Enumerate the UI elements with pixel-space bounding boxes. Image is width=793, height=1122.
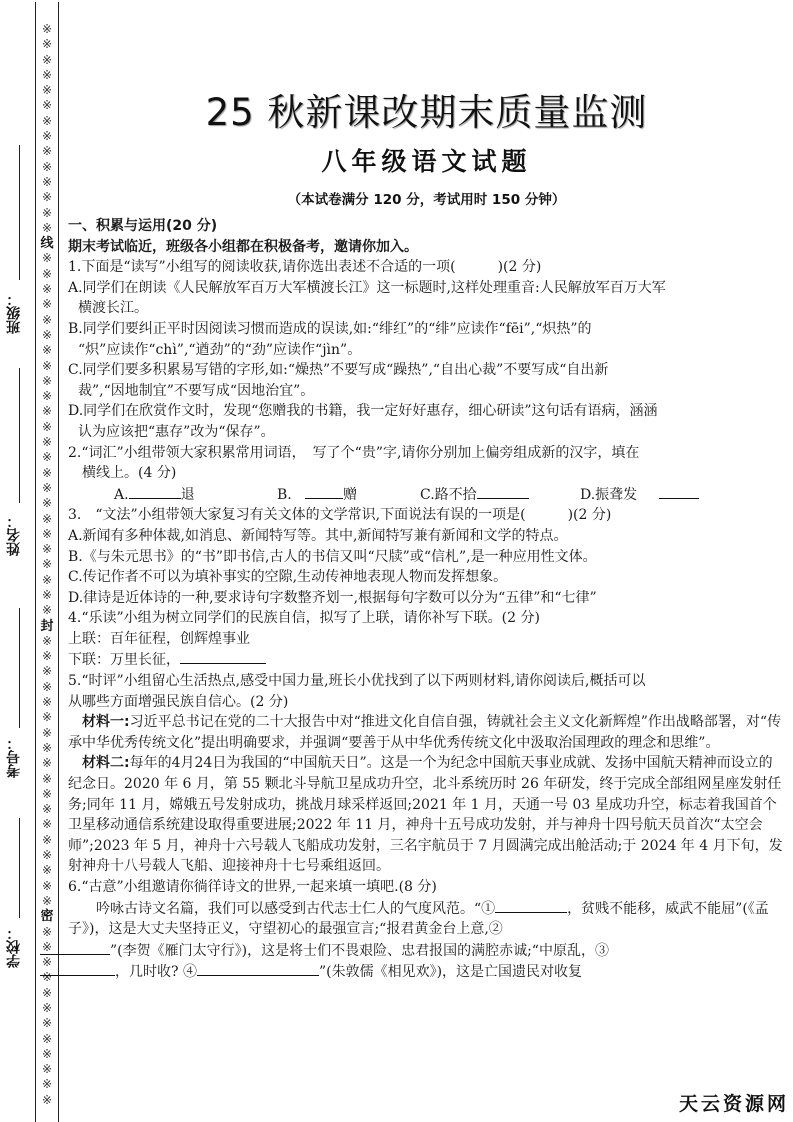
exam-subtitle: 八年级语文试题 bbox=[60, 142, 793, 178]
question-1: 1.下面是“读写”小组写的阅读收获,请你选出表述不合适的一项( )(2 分) A… bbox=[68, 257, 784, 442]
q1-option-a: A.同学们在朗读《人民解放军百万大军横渡长江》这一标题时,这样处理重音:人民解放… bbox=[68, 278, 784, 299]
seal-pattern-glyph: ※ bbox=[42, 282, 52, 297]
seal-pattern-glyph: ※ bbox=[42, 894, 52, 909]
q3-option-b: B.《与朱元思书》的“书”即书信,古人的书信又叫“尺牍”或“信札”,是一种应用性… bbox=[68, 547, 784, 568]
seal-pattern-glyph: ※ bbox=[42, 450, 52, 465]
seal-pattern-glyph: ※ bbox=[42, 695, 52, 710]
seal-pattern-glyph: ※ bbox=[42, 741, 52, 756]
seal-pattern-glyph: ※ bbox=[42, 1047, 52, 1062]
q1-option-d: D.同学们在欣赏作文时，发现“您赠我的书籍，我一定好好惠存，细心研读”这句话有语… bbox=[68, 401, 784, 422]
seal-pattern-glyph: ※ bbox=[42, 603, 52, 618]
question-2: 2.“词汇”小组带领大家积累常用词语， 写了个“贵”字,请你分别加上偏旁组成新的… bbox=[68, 443, 784, 506]
seal-pattern-glyph: ※ bbox=[42, 435, 52, 450]
q5-material-2: 材料二:每年的4月24日为我国的“中国航天日”。这是一个为纪念中国航天事业成就、… bbox=[68, 753, 784, 877]
q5-material-1: 材料一:习近平总书记在党的二十大报告中对“推进文化自信自强，铸就社会主义文化新辉… bbox=[68, 712, 784, 753]
q4-answer-blank[interactable] bbox=[180, 649, 266, 664]
q1-option-c: C.同学们要多积累易写错的字形,如:“燥热”不要写成“躁热”,“自出心裁”不要写… bbox=[68, 360, 784, 381]
exam-number-label: 考号： bbox=[4, 736, 30, 778]
seal-pattern-glyph: ※ bbox=[42, 404, 52, 419]
seal-pattern-glyph: ※ bbox=[42, 756, 52, 771]
q6-blank-1[interactable] bbox=[495, 898, 567, 913]
seal-pattern-glyph: ※ bbox=[42, 664, 52, 679]
q6-blank-4[interactable] bbox=[197, 961, 319, 976]
seal-pattern-glyph: ※ bbox=[42, 22, 52, 37]
seal-pattern-glyph: ※ bbox=[42, 98, 52, 113]
q6-stem: 6.“古意”小组邀请你徜徉诗文的世界,一起来填一填吧.(8 分) bbox=[68, 877, 784, 898]
q3-option-a: A.新闻有多种体裁,如消息、新闻特写等。其中,新闻特写兼有新闻和文学的特点。 bbox=[68, 526, 784, 547]
seal-pattern-glyph: ※ bbox=[42, 53, 52, 68]
seal-pattern-glyph: ※ bbox=[42, 512, 52, 527]
seal-pattern-glyph: ※ bbox=[42, 710, 52, 725]
q4-upper-couplet: 上联：百年征程，创辉煌事业 bbox=[68, 629, 784, 650]
seal-pattern-glyph: ※ bbox=[42, 925, 52, 940]
q6-blank-3[interactable] bbox=[40, 961, 115, 976]
seal-pattern-glyph: ※ bbox=[42, 389, 52, 404]
seal-pattern-glyph: ※ bbox=[42, 772, 52, 787]
q2-options: A.退 B. 赠 C.路不拾 D.振聋发 bbox=[68, 484, 784, 506]
seal-pattern-glyph: ※ bbox=[42, 527, 52, 542]
q6-blank-2[interactable] bbox=[40, 940, 110, 955]
exam-number-field-line bbox=[19, 608, 20, 728]
q4-stem: 4.“乐读”小组为树立同学们的民族自信，拟写了上联，请你补写下联。(2 分) bbox=[68, 608, 784, 629]
seal-pattern-glyph: ※ bbox=[42, 359, 52, 374]
seal-pattern-glyph: ※ bbox=[42, 343, 52, 358]
seal-pattern-glyph: ※ bbox=[42, 634, 52, 649]
q1-option-b-cont: “炽”应读作“chì”,“遒劲”的“劲”应读作“jìn”。 bbox=[68, 340, 784, 361]
q3-option-c: C.传记作者不可以为填补事实的空隙,生动传神地表现人物而发挥想象。 bbox=[68, 567, 784, 588]
q3-stem: 3. “文法”小组带领大家复习有关文体的文学常识,下面说法有误的一项是( )(2… bbox=[68, 505, 784, 526]
seal-pattern-glyph: ※ bbox=[42, 1062, 52, 1077]
q5-stem-cont: 从哪些方面增强民族自信心。(2 分) bbox=[68, 692, 784, 713]
seal-pattern-glyph: ※ bbox=[42, 221, 52, 236]
binding-line-inner bbox=[35, 2, 36, 1122]
section-heading: 一、积累与运用(20 分) bbox=[68, 216, 784, 237]
q2-blank-a[interactable] bbox=[129, 484, 181, 499]
school-label: 学校： bbox=[4, 926, 30, 968]
seal-pattern-glyph: ※ bbox=[42, 817, 52, 832]
q2-option-a: A.退 bbox=[114, 484, 277, 506]
q5-stem: 5.“时评”小组留心生活热点,感受中国力量,班长小优找到了以下两则材料,请你阅读… bbox=[68, 671, 784, 692]
seal-pattern-glyph: ※ bbox=[42, 297, 52, 312]
seal-pattern-glyph: ※ bbox=[42, 802, 52, 817]
watermark-logo: 天云资源网 bbox=[679, 1089, 789, 1116]
seal-pattern-glyph: ※ bbox=[42, 114, 52, 129]
q1-option-c-cont: 裁”,“因地制宜”不要写成“因地治宜”。 bbox=[68, 381, 784, 402]
exam-body: 一、积累与运用(20 分) 期末考试临近，班级各小组都在积极备考，邀请你加入。 … bbox=[68, 216, 784, 983]
seal-pattern-glyph: ※ bbox=[42, 328, 52, 343]
name-label: 姓名： bbox=[4, 514, 30, 556]
exam-title: 25 秋新课改期末质量监测 bbox=[60, 82, 793, 136]
seal-pattern-glyph: ※ bbox=[42, 787, 52, 802]
seal-pattern-glyph: ※ bbox=[42, 68, 52, 83]
name-field-line bbox=[19, 368, 20, 503]
question-3: 3. “文法”小组带领大家复习有关文体的文学常识,下面说法有误的一项是( )(2… bbox=[68, 505, 784, 608]
q2-blank-d[interactable] bbox=[659, 484, 699, 499]
q2-blank-c[interactable] bbox=[477, 484, 529, 499]
question-4: 4.“乐读”小组为树立同学们的民族自信，拟写了上联，请你补写下联。(2 分) 上… bbox=[68, 608, 784, 671]
seal-pattern-glyph: ※ bbox=[42, 420, 52, 435]
seal-pattern-glyph: ※ bbox=[42, 1077, 52, 1092]
exam-note: （本试卷满分 120 分，考试用时 150 分钟） bbox=[60, 188, 793, 208]
q2-stem-cont: 横线上。(4 分) bbox=[68, 463, 784, 484]
q1-option-b: B.同学们要纠正平时因阅读习惯而造成的误读,如:“绯红”的“绯”应读作“fēi”… bbox=[68, 319, 784, 340]
seal-mark: 封 bbox=[40, 619, 53, 634]
seal-pattern-glyph: ※ bbox=[42, 680, 52, 695]
seal-pattern-glyph: ※ bbox=[42, 175, 52, 190]
q2-option-c: C.路不拾 bbox=[420, 484, 580, 506]
seal-pattern-glyph: ※ bbox=[42, 863, 52, 878]
seal-pattern-glyph: ※ bbox=[42, 313, 52, 328]
seal-pattern-glyph: ※ bbox=[42, 206, 52, 221]
seal-pattern-glyph: ※ bbox=[42, 251, 52, 266]
seal-pattern-glyph: ※ bbox=[42, 879, 52, 894]
seal-pattern-glyph: ※ bbox=[42, 1032, 52, 1047]
q2-option-d: D.振聋发 bbox=[580, 484, 699, 506]
seal-pattern-glyph: ※ bbox=[42, 160, 52, 175]
q2-stem: 2.“词汇”小组带领大家积累常用词语， 写了个“贵”字,请你分别加上偏旁组成新的… bbox=[68, 443, 784, 464]
question-6: 6.“古意”小组邀请你徜徉诗文的世界,一起来填一填吧.(8 分) 吟咏古诗文名篇… bbox=[68, 877, 784, 983]
seal-pattern-glyph: ※ bbox=[42, 466, 52, 481]
seal-pattern-glyph: ※ bbox=[42, 190, 52, 205]
seal-mark: 线 bbox=[40, 236, 53, 251]
seal-pattern-glyph: ※ bbox=[42, 144, 52, 159]
seal-pattern-glyph: ※ bbox=[42, 1016, 52, 1031]
seal-pattern-glyph: ※ bbox=[42, 573, 52, 588]
seal-pattern-glyph: ※ bbox=[42, 83, 52, 98]
seal-pattern-glyph: ※ bbox=[42, 267, 52, 282]
seal-pattern-glyph: ※ bbox=[42, 833, 52, 848]
seal-pattern-glyph: ※ bbox=[42, 649, 52, 664]
seal-pattern-glyph: ※ bbox=[42, 1001, 52, 1016]
seal-pattern-glyph: ※ bbox=[42, 129, 52, 144]
q1-option-a-cont: 横渡长江。 bbox=[68, 298, 784, 319]
seal-mark: 密 bbox=[40, 909, 53, 924]
q6-passage: 吟咏古诗文名篇，我们可以感受到古代志士仁人的气度风范。“①，贫贱不能移，威武不能… bbox=[68, 898, 784, 983]
seal-pattern-glyph: ※ bbox=[42, 37, 52, 52]
seal-pattern-glyph: ※ bbox=[42, 986, 52, 1001]
q1-stem: 1.下面是“读写”小组写的阅读收获,请你选出表述不合适的一项( )(2 分) bbox=[68, 257, 784, 278]
class-field-line bbox=[19, 145, 20, 280]
q4-lower-couplet: 下联：万里长征， bbox=[68, 649, 784, 671]
seal-pattern-glyph: ※ bbox=[42, 848, 52, 863]
q2-blank-b[interactable] bbox=[305, 484, 343, 499]
question-5: 5.“时评”小组留心生活热点,感受中国力量,班长小优找到了以下两则材料,请你阅读… bbox=[68, 671, 784, 877]
q3-option-d: D.律诗是近体诗的一种,要求诗句字数整齐划一,根据每句字数可以分为“五律”和“七… bbox=[68, 588, 784, 609]
q1-option-d-cont: 认为应该把“惠存”改为“保存”。 bbox=[68, 422, 784, 443]
seal-pattern-glyph: ※ bbox=[42, 374, 52, 389]
seal-pattern-glyph: ※ bbox=[42, 726, 52, 741]
seal-pattern-glyph: ※ bbox=[42, 1093, 52, 1108]
seal-pattern-glyph: ※ bbox=[42, 481, 52, 496]
seal-pattern-glyph: ※ bbox=[42, 557, 52, 572]
class-label: 班级： bbox=[4, 292, 30, 334]
seal-pattern-glyph: ※ bbox=[42, 496, 52, 511]
section-intro: 期末考试临近，班级各小组都在积极备考，邀请你加入。 bbox=[68, 237, 784, 258]
seal-pattern-glyph: ※ bbox=[42, 542, 52, 557]
q2-option-b: B. 赠 bbox=[277, 484, 420, 506]
school-field-line bbox=[19, 818, 20, 918]
seal-pattern-glyph: ※ bbox=[42, 588, 52, 603]
